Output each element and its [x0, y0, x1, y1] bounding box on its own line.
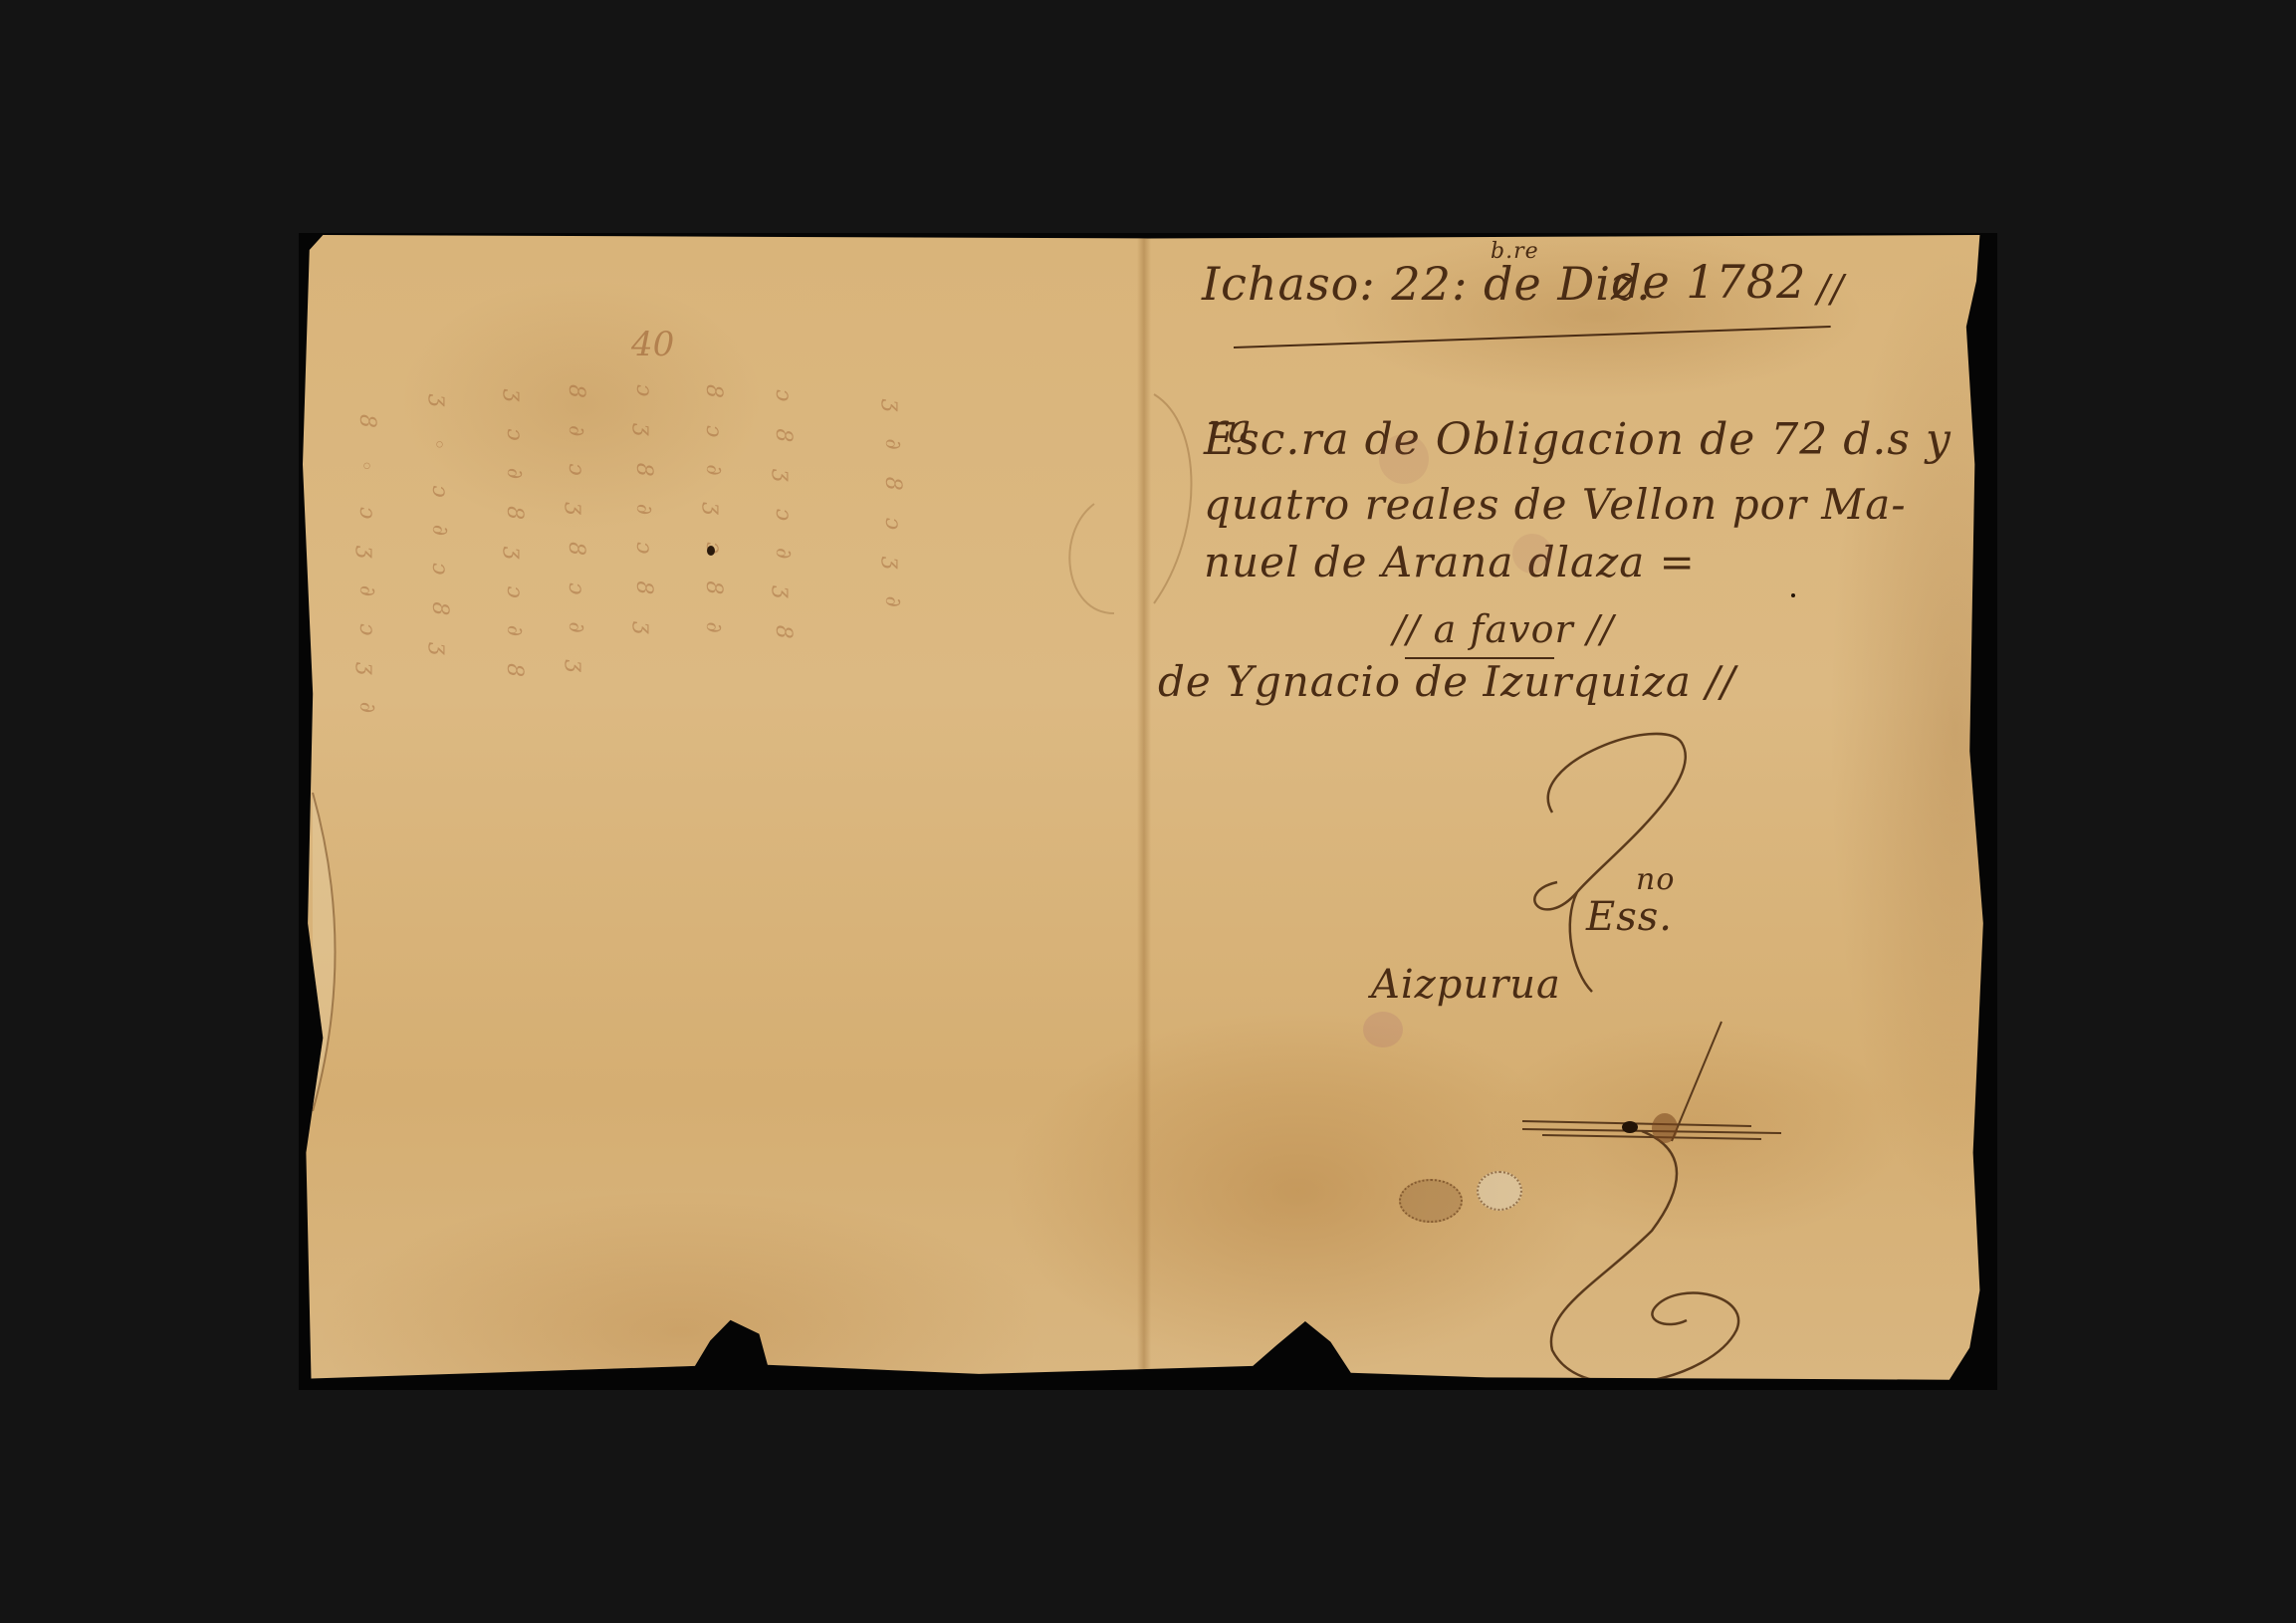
signature-title: Ess. — [1586, 894, 1673, 940]
favor-line: // a favor // — [1393, 607, 1614, 651]
right-page: Ichaso: 22: de Diz. b.re de 1782 // ra E… — [1144, 235, 1993, 1382]
bleed-through-column: 8 ɔ ∂ ʒ ɔ 8 ∂ — [701, 384, 726, 643]
manuscript-sheet: 40 8 ◦ ɔ ʒ ∂ ɔ ʒ ∂ ʒ ◦ ɔ ∂ ɔ 8 ʒ ʒ ɔ ∂ 8… — [303, 235, 1993, 1382]
bleed-through-column: ɔ ʒ 8 ∂ ɔ 8 ʒ — [631, 384, 656, 644]
foxing-spot — [1379, 434, 1429, 484]
foxing-spot — [1363, 1012, 1403, 1047]
bleed-through-column: ʒ ◦ ɔ ∂ ɔ 8 ʒ — [427, 394, 452, 665]
smudge-mark — [1399, 1179, 1463, 1223]
signature-rubric-flourish — [1483, 723, 1841, 1400]
ink-spot — [707, 546, 715, 556]
header-underline — [1234, 326, 1831, 348]
header-year: de 1782 — [1612, 255, 1806, 309]
header-place-date: Ichaso: 22: de Diz. — [1202, 257, 1652, 311]
signature-name: Aizpurua — [1371, 962, 1561, 1008]
bleed-through-flourish — [1034, 384, 1234, 623]
ink-blot — [1652, 1113, 1678, 1143]
ink-dot — [1791, 593, 1795, 597]
ink-dot — [2140, 952, 2148, 960]
body-line-1: Esc.ra de Obligacion de 72 d.s y — [1204, 414, 1952, 465]
beneficiary-line: de Ygnacio de Izurquiza // — [1158, 657, 1736, 706]
left-page: 40 8 ◦ ɔ ʒ ∂ ɔ ʒ ∂ ʒ ◦ ɔ ∂ ɔ 8 ʒ ʒ ɔ ∂ 8… — [303, 235, 1144, 1382]
bleed-through-column: 8 ∂ ɔ ʒ 8 ɔ ∂ ʒ — [564, 384, 588, 682]
signature-title-superscript: no — [1636, 862, 1675, 897]
page-number: 40 — [631, 325, 674, 364]
smudge-mark — [1477, 1171, 1522, 1211]
bleed-through-column: 8 ◦ ɔ ʒ ∂ ɔ ʒ ∂ — [354, 414, 379, 723]
bleed-through-column: ɔ 8 ʒ ɔ ∂ ʒ 8 — [771, 389, 796, 649]
body-line-2: quatro reales de Vellon por Ma- — [1204, 480, 1907, 529]
body-line-3: nuel de Arana dlaza = — [1204, 538, 1696, 586]
header-trailing-mark: // — [1817, 267, 1845, 311]
header-superscript: b.re — [1491, 239, 1539, 264]
bleed-through-column: ʒ ɔ ∂ 8 ʒ ɔ ∂ 8 — [502, 389, 527, 687]
scan-canvas: 40 8 ◦ ɔ ʒ ∂ ɔ ʒ ∂ ʒ ◦ ɔ ∂ ɔ 8 ʒ ʒ ɔ ∂ 8… — [0, 0, 2296, 1623]
bleed-through-column: ʒ ∂ 8 ɔ ʒ ∂ — [880, 399, 905, 617]
foxing-spot — [1512, 534, 1552, 574]
ink-blot — [1622, 1121, 1638, 1133]
